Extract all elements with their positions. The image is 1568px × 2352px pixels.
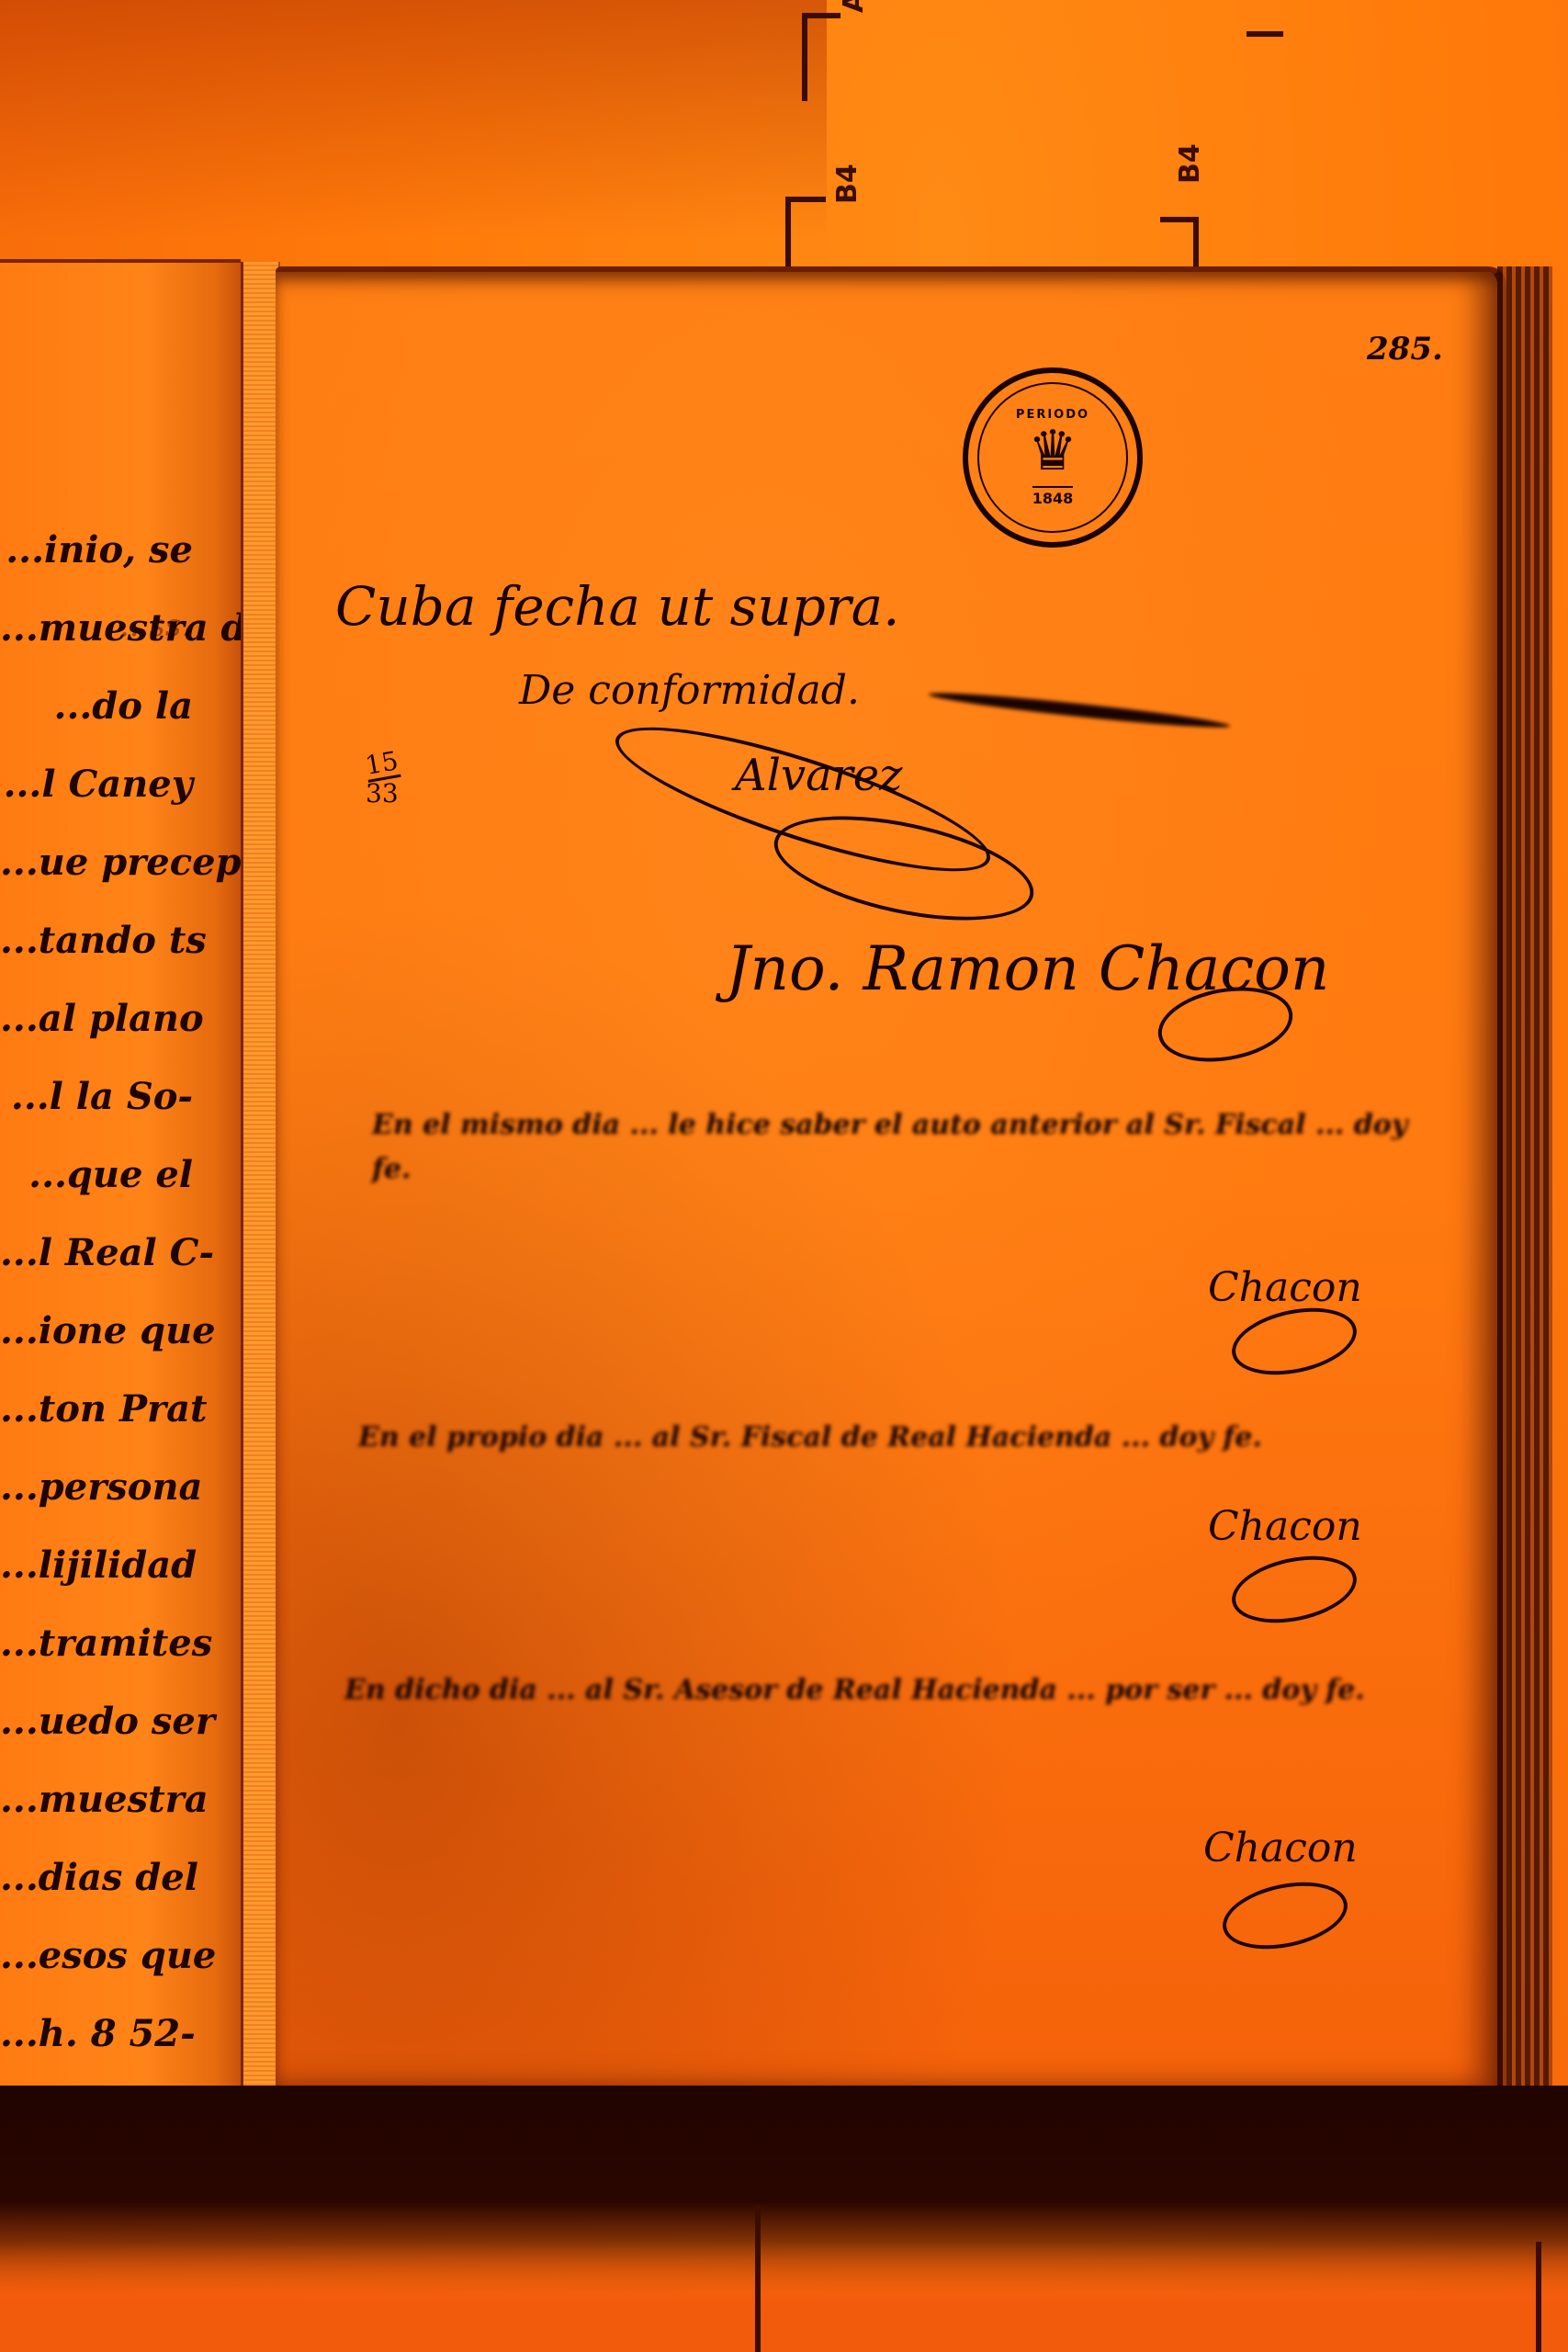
left-line: ...uedo ser bbox=[0, 1682, 230, 1760]
crop-mark-label-b4-right: B4 bbox=[1174, 143, 1206, 184]
folio-number: 285. bbox=[1367, 331, 1443, 367]
right-page: 285. PERIODO ♛ 1848 Cuba fecha ut supra.… bbox=[276, 266, 1506, 2086]
fraction-note: 15 33 bbox=[366, 750, 399, 808]
left-line: ...lijilidad bbox=[0, 1526, 230, 1604]
opening-line: Cuba fecha ut supra. bbox=[335, 575, 900, 638]
crop-mark-label-b4-left: B4 bbox=[831, 164, 863, 204]
page-edges bbox=[1497, 266, 1552, 2086]
crop-mark-far-right bbox=[1247, 31, 1283, 37]
backdrop-floor bbox=[0, 2242, 1568, 2352]
left-line: ...que el bbox=[0, 1136, 230, 1214]
crop-mark-mid-left bbox=[785, 197, 826, 266]
book-gutter bbox=[241, 262, 280, 2086]
entry-1-rubric: Chacon bbox=[1208, 1264, 1362, 1311]
left-line: ...ton Prat bbox=[0, 1370, 230, 1448]
stamp-year: 1848 bbox=[1032, 486, 1074, 507]
left-line: ...inio, se bbox=[0, 511, 230, 589]
left-line: ...al plano bbox=[0, 979, 230, 1057]
ink-stroke bbox=[928, 688, 1231, 732]
left-line: ...l Caney bbox=[0, 745, 230, 823]
left-line: ...dias del bbox=[0, 1838, 230, 1917]
entry-3-rubric: Chacon bbox=[1203, 1825, 1358, 1871]
left-line: ...ione que bbox=[0, 1292, 230, 1370]
entry-3-text: En dicho dia ... al Sr. Asesor de Real H… bbox=[344, 1668, 1401, 1713]
left-line: ...l la So- bbox=[0, 1057, 230, 1136]
left-line: ...ue precep bbox=[0, 823, 230, 901]
fraction-denominator: 33 bbox=[366, 780, 399, 808]
left-line: ...h. 8 52- bbox=[0, 1995, 230, 2073]
left-page: ...ss. ...inio, se ...muestra de ...do l… bbox=[0, 259, 241, 2086]
seal-stamp-inner: PERIODO ♛ 1848 bbox=[977, 382, 1128, 533]
left-line: ...esos que bbox=[0, 1917, 230, 1995]
crop-mark-label-a: A bbox=[838, 0, 870, 13]
conformity-line: De conformidad. bbox=[519, 667, 860, 714]
crop-mark-bottom-left bbox=[755, 2205, 761, 2352]
crop-mark-bottom-right bbox=[1536, 2242, 1541, 2352]
left-line: ...l Real C- bbox=[0, 1214, 230, 1292]
left-line: ...persona bbox=[0, 1448, 230, 1526]
fraction-numerator: 15 bbox=[363, 747, 400, 783]
backdrop-shadow bbox=[0, 0, 827, 239]
rubric-flourish bbox=[1225, 1545, 1362, 1633]
entry-2-text: En el propio dia ... al Sr. Fiscal de Re… bbox=[358, 1416, 1387, 1460]
left-line: ...muestra bbox=[0, 1760, 230, 1838]
left-line: ...do la bbox=[0, 667, 230, 745]
left-line: ...tramites bbox=[0, 1604, 230, 1682]
crop-mark-top-left bbox=[802, 13, 840, 101]
left-page-text: ...inio, se ...muestra de ...do la ...l … bbox=[0, 511, 230, 2073]
seal-stamp: PERIODO ♛ 1848 bbox=[963, 367, 1143, 548]
left-line: ...tando ts bbox=[0, 901, 230, 979]
left-line: ...muestra de bbox=[0, 589, 230, 667]
rubric-flourish bbox=[1216, 1871, 1353, 1959]
entry-1-text: En el mismo dia ... le hice saber el aut… bbox=[372, 1103, 1410, 1192]
seated-figure-icon: ♛ bbox=[1028, 422, 1077, 481]
entry-2-rubric: Chacon bbox=[1208, 1503, 1362, 1550]
